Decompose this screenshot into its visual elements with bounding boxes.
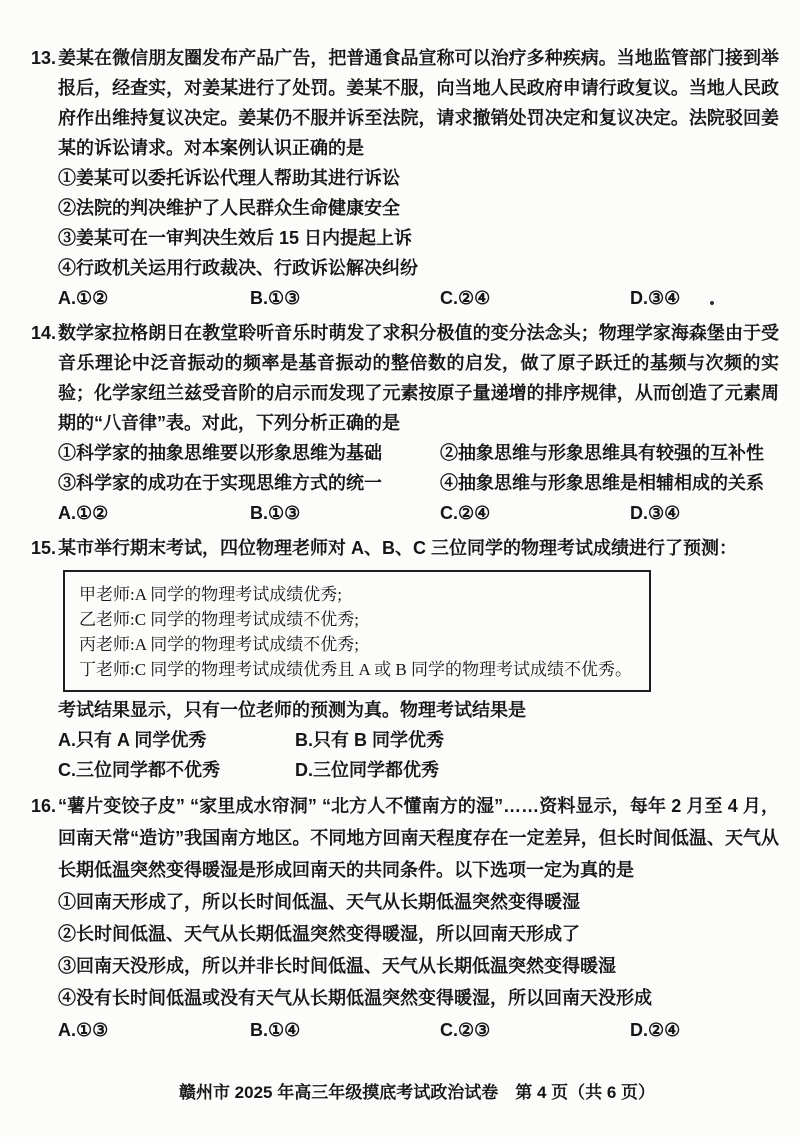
question-15-number: 15. xyxy=(31,533,56,563)
choice-d: D.三位同学都优秀 xyxy=(295,755,578,785)
statement-item: ②长时间低温、天气从长期低温突然变得暖湿，所以回南天形成了 xyxy=(58,918,779,950)
choice-b: B.①③ xyxy=(250,498,440,528)
question-13-stem: 姜某在微信朋友圈发布产品广告，把普通食品宣称可以治疗多种疾病。当地监管部门接到举… xyxy=(58,43,779,163)
question-14-number: 14. xyxy=(31,318,56,348)
choice-d: D.③④ xyxy=(630,283,779,313)
question-13-choices: A.①② B.①③ C.②④ D.③④ xyxy=(58,283,779,313)
choice-b: B.①③ xyxy=(250,283,440,313)
choice-c: C.三位同学都不优秀 xyxy=(58,755,295,785)
question-14-choices: A.①② B.①③ C.②④ D.③④ xyxy=(58,498,779,528)
statement-item: ④行政机关运用行政裁决、行政诉讼解决纠纷 xyxy=(58,253,779,283)
statement-item: ①回南天形成了，所以长时间低温、天气从长期低温突然变得暖湿 xyxy=(58,886,779,918)
choice-c: C.②③ xyxy=(440,1014,630,1046)
question-16-stem: “薯片变饺子皮” “家里成水帘洞” “北方人不懂南方的湿”……资料显示，每年 2… xyxy=(58,790,779,886)
statement-item: ④没有长时间低温或没有天气从长期低温突然变得暖湿，所以回南天没形成 xyxy=(58,982,779,1014)
choice-b: B.只有 B 同学优秀 xyxy=(295,725,578,755)
choice-c: C.②④ xyxy=(440,283,630,313)
question-15-choices: A.只有 A 同学优秀 B.只有 B 同学优秀 C.三位同学都不优秀 D.三位同… xyxy=(58,725,578,785)
question-14-stem: 数学家拉格朗日在教堂聆听音乐时萌发了求积分极值的变分法念头；物理学家海森堡由于受… xyxy=(58,318,779,438)
question-14-items: ①科学家的抽象思维要以形象思维为基础 ②抽象思维与形象思维具有较强的互补性 ③科… xyxy=(58,438,779,498)
question-13-number: 13. xyxy=(31,43,56,73)
statement-item: ①科学家的抽象思维要以形象思维为基础 xyxy=(58,438,440,468)
question-15-conclusion: 考试结果显示，只有一位老师的预测为真。物理考试结果是 xyxy=(58,695,779,725)
question-16: 16. “薯片变饺子皮” “家里成水帘洞” “北方人不懂南方的湿”……资料显示，… xyxy=(0,790,780,1046)
exam-page: 13. 姜某在微信朋友圈发布产品广告，把普通食品宣称可以治疗多种疾病。当地监管部… xyxy=(0,0,800,1137)
choice-a: A.①③ xyxy=(58,1014,250,1046)
choice-d: D.②④ xyxy=(630,1014,779,1046)
statement-item: ③科学家的成功在于实现思维方式的统一 xyxy=(58,468,440,498)
choice-d: D.③④ xyxy=(630,498,779,528)
statement-item: ④抽象思维与形象思维是相辅相成的关系 xyxy=(440,468,779,498)
prediction-line: 甲老师:A 同学的物理考试成绩优秀; xyxy=(79,582,637,607)
question-13-items: ①姜某可以委托诉讼代理人帮助其进行诉讼 ②法院的判决维护了人民群众生命健康安全 … xyxy=(58,163,780,283)
choice-a: A.只有 A 同学优秀 xyxy=(58,725,295,755)
prediction-line: 丙老师:A 同学的物理考试成绩不优秀; xyxy=(79,632,637,657)
question-16-number: 16. xyxy=(31,790,56,822)
statement-item: ②抽象思维与形象思维具有较强的互补性 xyxy=(440,438,779,468)
prediction-box: 甲老师:A 同学的物理考试成绩优秀; 乙老师:C 同学的物理考试成绩不优秀; 丙… xyxy=(63,570,651,692)
choice-a: A.①② xyxy=(58,283,250,313)
statement-item: ③姜某可在一审判决生效后 15 日内提起上诉 xyxy=(58,223,779,253)
statement-item: ②法院的判决维护了人民群众生命健康安全 xyxy=(58,193,779,223)
prediction-line: 乙老师:C 同学的物理考试成绩不优秀; xyxy=(79,607,637,632)
question-16-choices: A.①③ B.①④ C.②③ D.②④ xyxy=(58,1014,779,1046)
question-13: 13. 姜某在微信朋友圈发布产品广告，把普通食品宣称可以治疗多种疾病。当地监管部… xyxy=(0,43,780,313)
question-16-items: ①回南天形成了，所以长时间低温、天气从长期低温突然变得暖湿 ②长时间低温、天气从… xyxy=(58,886,780,1014)
choice-b: B.①④ xyxy=(250,1014,440,1046)
question-15: 15. 某市举行期末考试，四位物理老师对 A、B、C 三位同学的物理考试成绩进行… xyxy=(0,533,780,785)
statement-item: ③回南天没形成，所以并非长时间低温、天气从长期低温突然变得暖湿 xyxy=(58,950,779,982)
statement-item: ①姜某可以委托诉讼代理人帮助其进行诉讼 xyxy=(58,163,779,193)
question-14: 14. 数学家拉格朗日在教堂聆听音乐时萌发了求积分极值的变分法念头；物理学家海森… xyxy=(0,318,780,528)
prediction-line: 丁老师:C 同学的物理考试成绩优秀且 A 或 B 同学的物理考试成绩不优秀。 xyxy=(79,657,637,682)
choice-a: A.①② xyxy=(58,498,250,528)
scan-artifact-dot xyxy=(710,301,714,305)
choice-c: C.②④ xyxy=(440,498,630,528)
page-footer: 赣州市 2025 年高三年级摸底考试政治试卷 第 4 页（共 6 页） xyxy=(0,1078,800,1108)
question-15-stem: 某市举行期末考试，四位物理老师对 A、B、C 三位同学的物理考试成绩进行了预测： xyxy=(58,533,779,563)
